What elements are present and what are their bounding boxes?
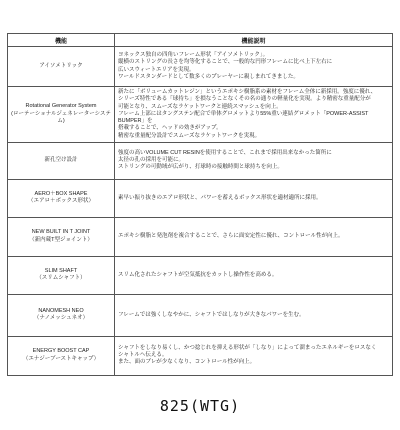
table-row: Rotational Generator System (ローテーショナルジェネ… (8, 87, 393, 143)
feature-name-cell: NEW BUILT IN T JOINT （新内蔵T型ジョイント） (8, 217, 115, 256)
feature-name-cell: ENERGY BOOST CAP （エナジーブーストキャップ） (8, 336, 115, 375)
feature-description-cell: 素早い振り抜きのエアロ形状と、パワーを蓄えるボックス形状を適材適所に採用。 (115, 179, 393, 217)
table-row: 新孔空け設計 強度の高いVOLUME CUT RESINを使用することで、これま… (8, 142, 393, 179)
spec-page: 機能 機能説明 アイソメトリック ヨネックス独自の四角いフレーム形状「アイソメト… (0, 0, 400, 430)
feature-description-cell: 強度の高いVOLUME CUT RESINを使用することで、これまで採用出来なか… (115, 142, 393, 179)
feature-name-cell: Rotational Generator System (ローテーショナルジェネ… (8, 87, 115, 143)
table-header-row: 機能 機能説明 (8, 34, 393, 47)
feature-spec-table: 機能 機能説明 アイソメトリック ヨネックス独自の四角いフレーム形状「アイソメト… (7, 33, 393, 376)
feature-name-cell: AERO＋BOX SHAPE （エアロ＋ボックス形状） (8, 179, 115, 217)
feature-description-cell: フレームでは強くしなやかに、シャフトではしなりが大きなパワーを生む。 (115, 294, 393, 336)
feature-name-cell: 新孔空け設計 (8, 142, 115, 179)
feature-name-cell: SLIM SHAFT （スリムシャフト） (8, 256, 115, 294)
table-row: ENERGY BOOST CAP （エナジーブーストキャップ） シャフトをしなり… (8, 336, 393, 375)
table-row: NANOMESH NEO （ナノメッシュネオ） フレームでは強くしなやかに、シャ… (8, 294, 393, 336)
feature-description-cell: ヨネックス独自の四角いフレーム形状「アイソメトリック」。 縦横のストリングの長さ… (115, 47, 393, 87)
feature-description-cell: シャフトをしなり易くし、かつ捻じれを抑える形状が「しなり」によって溜まったエネル… (115, 336, 393, 375)
table-row: アイソメトリック ヨネックス独自の四角いフレーム形状「アイソメトリック」。 縦横… (8, 47, 393, 87)
feature-description-cell: スリム化されたシャフトが空気抵抗をカットし操作性を高める。 (115, 256, 393, 294)
model-number: 825(WTG) (0, 397, 400, 415)
feature-name-cell: アイソメトリック (8, 47, 115, 87)
table-row: SLIM SHAFT （スリムシャフト） スリム化されたシャフトが空気抵抗をカッ… (8, 256, 393, 294)
header-feature: 機能 (8, 34, 115, 47)
feature-name-cell: NANOMESH NEO （ナノメッシュネオ） (8, 294, 115, 336)
header-description: 機能説明 (115, 34, 393, 47)
table-row: NEW BUILT IN T JOINT （新内蔵T型ジョイント） エポキシ樹脂… (8, 217, 393, 256)
feature-description-cell: エポキシ樹脂と発泡剤を複合することで、さらに面安定性に優れ、コントロール性が向上… (115, 217, 393, 256)
feature-description-cell: 新たに「ボリュームカットレジン」というエポキシ樹脂系の素材をフレーム全体に新採用… (115, 87, 393, 143)
table-row: AERO＋BOX SHAPE （エアロ＋ボックス形状） 素早い振り抜きのエアロ形… (8, 179, 393, 217)
